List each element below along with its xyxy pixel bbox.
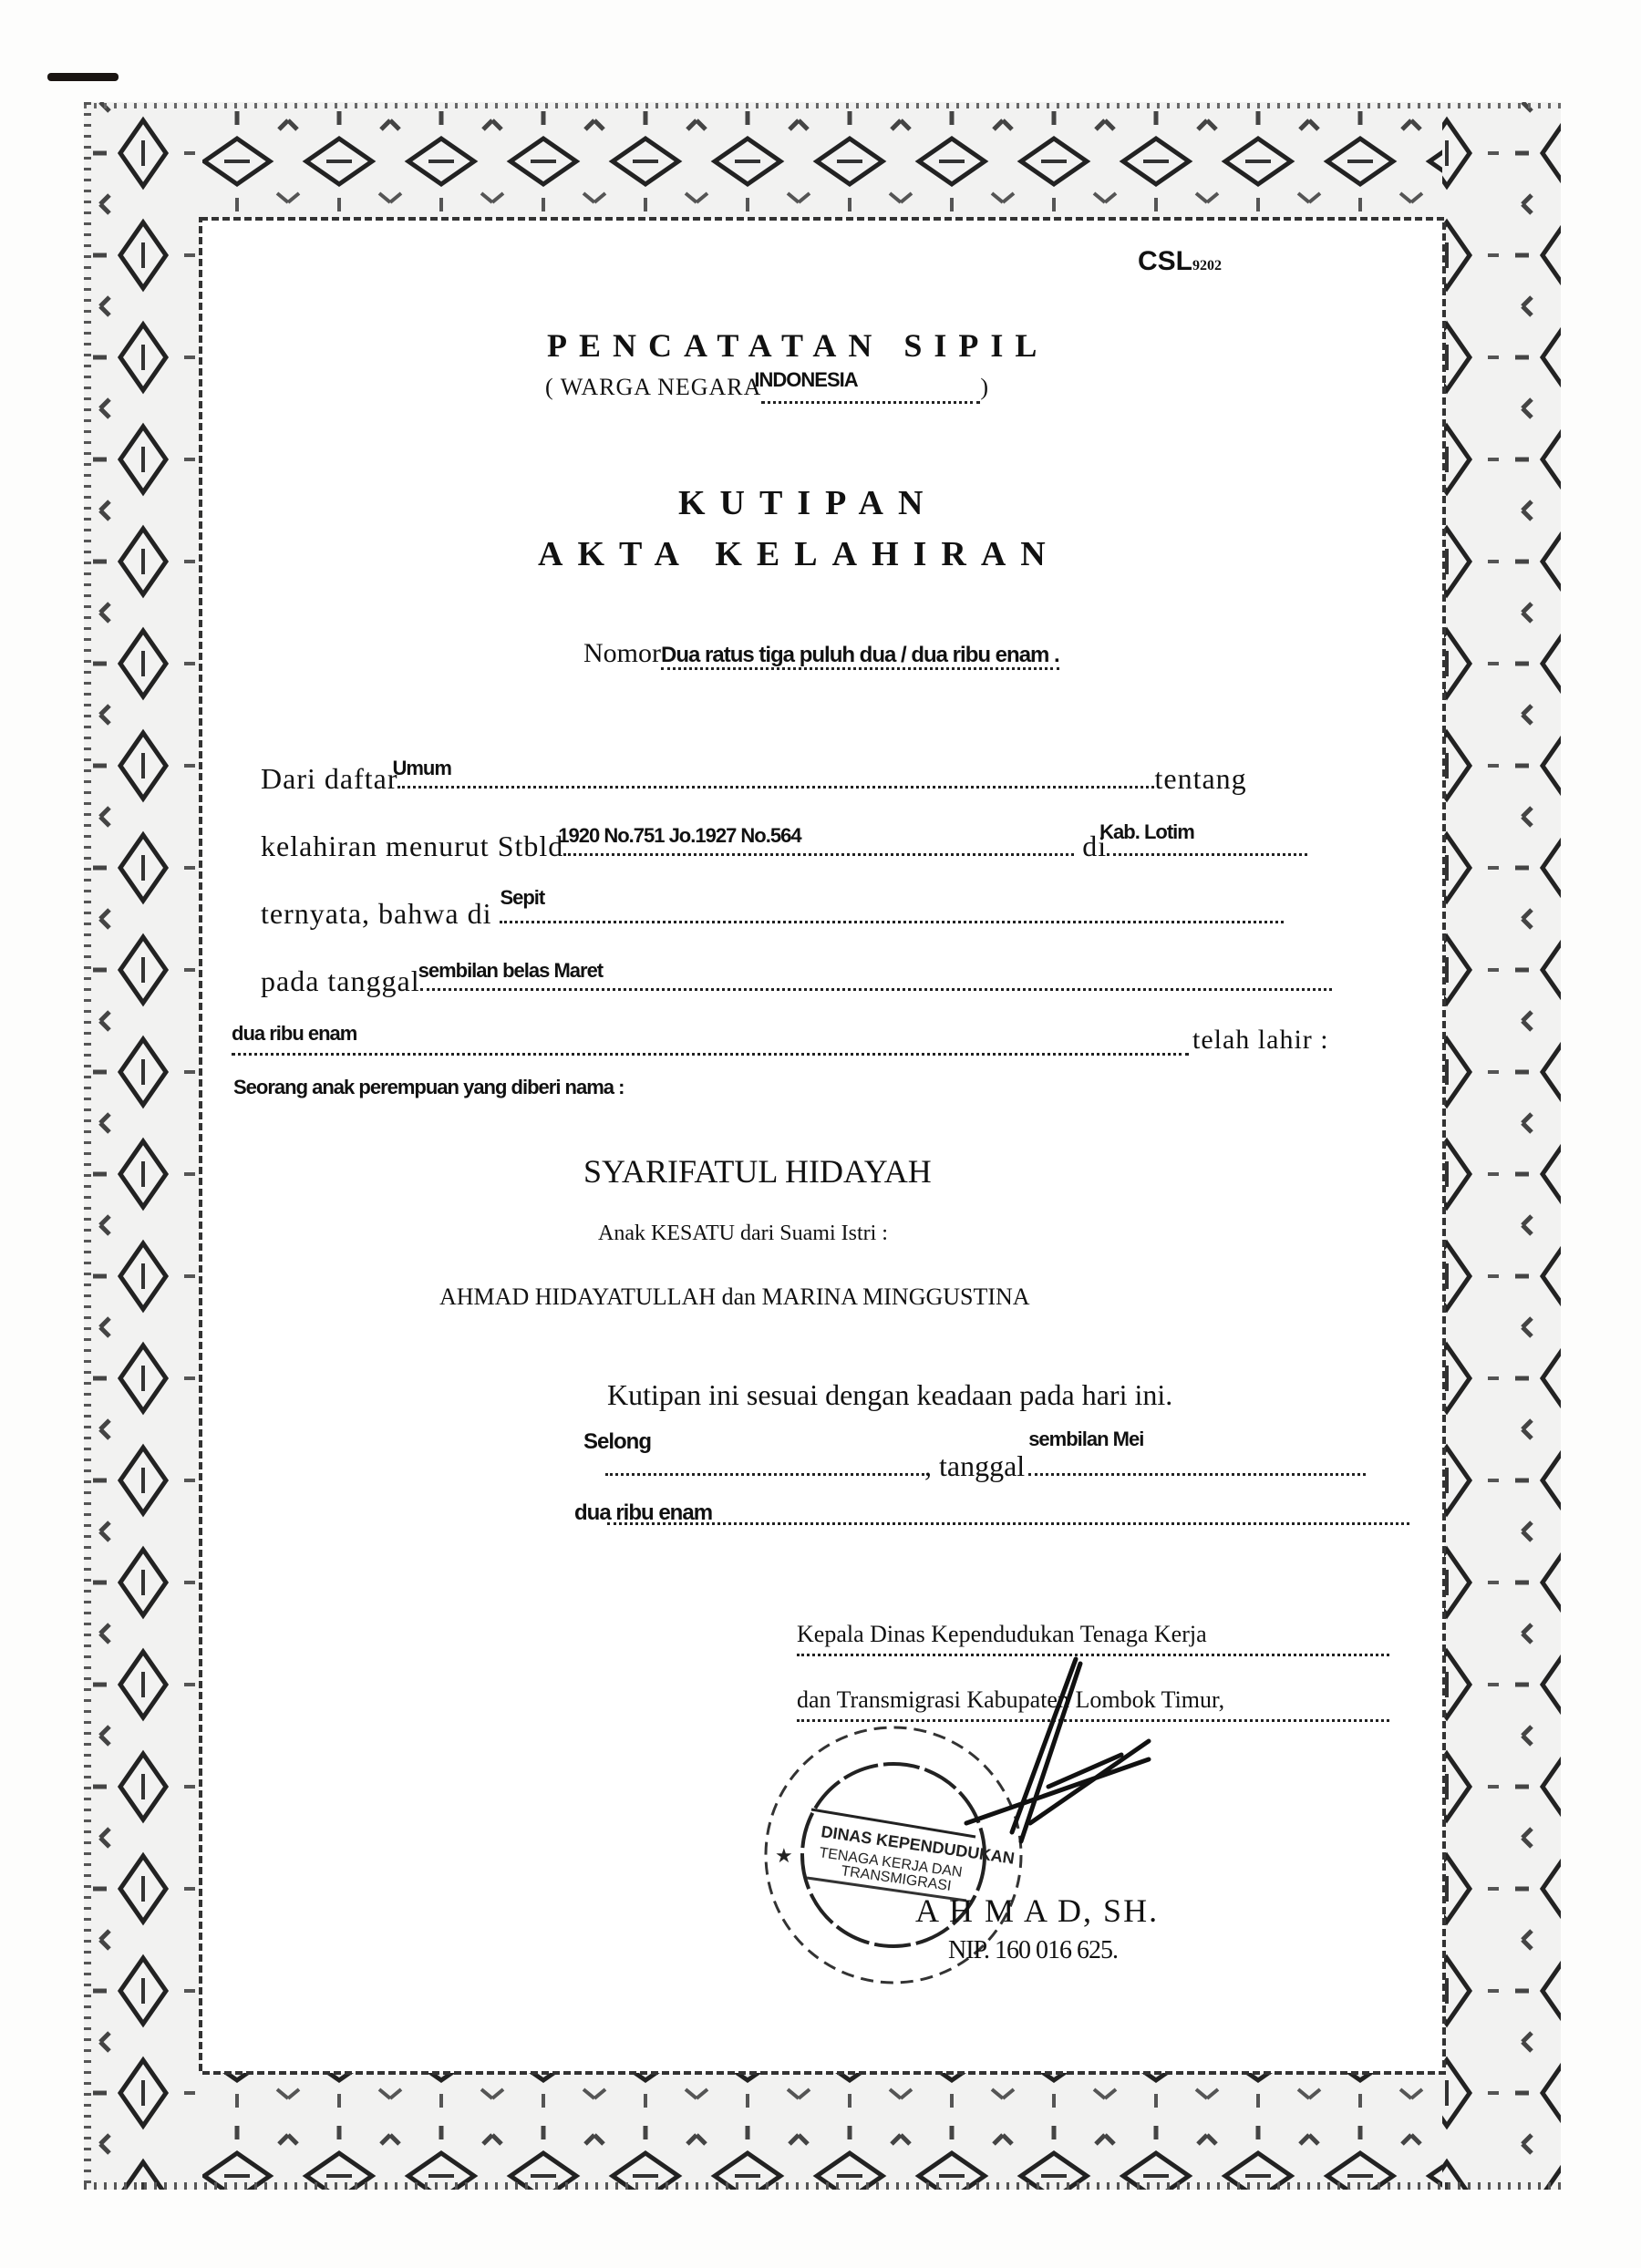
title-kutipan: KUTIPAN [678,483,937,523]
issue-date-value: sembilan Mei [1028,1428,1143,1451]
official-nip: NIP. 160 016 625. [948,1936,1118,1965]
birthdate-line: pada tanggalsembilan belas Maret [261,964,1332,998]
statute-value: 1920 No.751 Jo.1927 No.564 [558,824,800,848]
registry-line: Dari daftarUmumtentang [261,762,1382,796]
issue-year-line: dua ribu enam [574,1500,1386,1525]
official-name: A H M A D, SH. [915,1892,1159,1930]
birthyear-line: dua ribu enam telah lahir : [232,1025,1398,1056]
parents-names: AHMAD HIDAYATULLAH dan MARINA MINGGUSTIN… [439,1283,1030,1311]
signature-icon [912,1650,1185,1887]
header-title: PENCATATAN SIPIL [547,326,1048,365]
birthplace-line: ternyata, bahwa di Sepit [261,897,1284,931]
issue-year-value: dua ribu enam [574,1500,712,1525]
form-code: CSL9202 [1138,246,1222,277]
birthplace-value: Sepit [500,886,544,910]
child-order: Anak KESATU dari Suami Istri : [598,1222,888,1246]
certification-text: Kutipan ini sesuai dengan keadaan pada h… [607,1378,1172,1412]
location-value: Kab. Lotim [1099,820,1194,844]
registry-value: Umum [392,757,450,780]
issue-date-line: , tanggal sembilan Mei [605,1449,1366,1483]
birthyear-value: dua ribu enam [232,1022,356,1046]
citizenship-line: ( WARGA NEGARAINDONESIA ) [545,374,989,404]
child-name: SYARIFATUL HIDAYAH [583,1152,932,1191]
citizenship-value: INDONESIA [754,368,857,392]
title-akta-kelahiran: AKTA KELAHIRAN [538,534,1060,574]
statute-line: kelahiran menurut Stbld1920 No.751 Jo.19… [261,830,1382,863]
birthdate-value: sembilan belas Maret [418,959,604,983]
document-number: NomorDua ratus tiga puluh dua / dua ribu… [583,638,1059,669]
child-intro: Seorang anak perempuan yang diberi nama … [233,1076,624,1099]
svg-text:★: ★ [775,1844,793,1867]
scan-mark [47,73,119,81]
number-value: Dua ratus tiga puluh dua / dua ribu enam… [661,643,1059,670]
